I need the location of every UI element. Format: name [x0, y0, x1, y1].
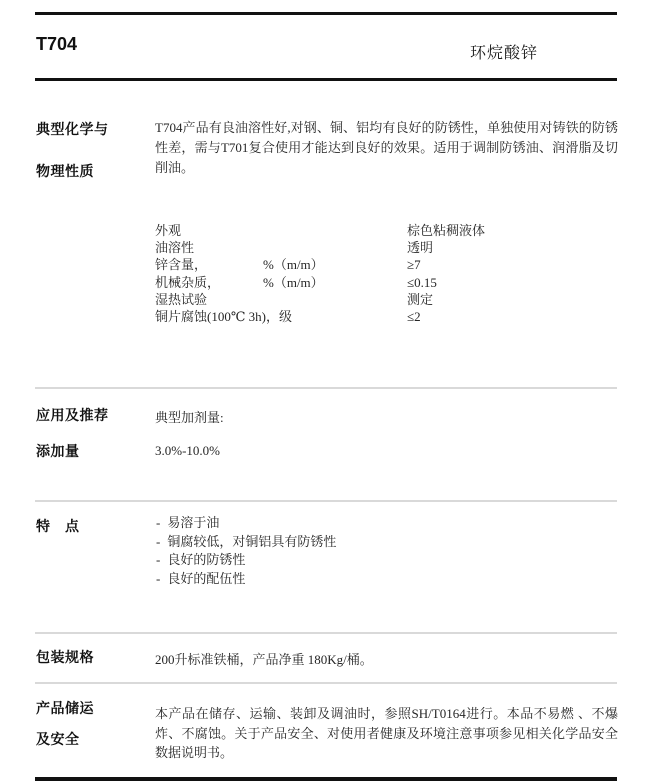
property-unit [263, 239, 407, 256]
dosage-range: 3.0%-10.0% [155, 443, 220, 459]
bottom-rule [35, 777, 617, 781]
storage-section-label-line2: 及安全 [36, 729, 80, 749]
property-unit: %（m/m） [263, 256, 407, 273]
table-row: 锌含量， %（m/m） ≥7 [155, 256, 618, 273]
property-unit [263, 291, 407, 308]
product-name: 环烷酸锌 [470, 40, 538, 63]
property-value: 透明 [407, 239, 618, 256]
packaging-section-label: 包装规格 [36, 647, 94, 667]
properties-section-label-line1: 典型化学与 [36, 119, 109, 139]
bullet-dash: - [156, 551, 160, 570]
feature-text: 良好的配伍性 [167, 571, 245, 586]
datasheet-page: T704 环烷酸锌 典型化学与 物理性质 T704产品有良油溶性好,对钢、铜、铝… [0, 0, 645, 784]
bullet-dash: - [156, 514, 160, 533]
properties-description: T704产品有良油溶性好,对钢、铜、铝均有良好的防锈性，单独使用对铸铁的防锈性差… [155, 118, 618, 178]
feature-text: 良好的防锈性 [167, 552, 245, 567]
section-divider [35, 500, 617, 502]
section-divider [35, 387, 617, 389]
feature-list: -易溶于油 -铜腐较低，对铜铝具有防锈性 -良好的防锈性 -良好的配伍性 [156, 514, 336, 588]
list-item: -良好的配伍性 [156, 570, 336, 589]
property-value: ≤2 [407, 308, 618, 325]
top-rule [35, 12, 617, 15]
property-name: 锌含量， [155, 256, 263, 273]
table-row: 湿热试验 测定 [155, 291, 618, 308]
packaging-text: 200升标准铁桶，产品净重 180Kg/桶。 [155, 649, 373, 668]
list-item: -易溶于油 [156, 514, 336, 533]
application-section-label-line2: 添加量 [36, 441, 80, 461]
bullet-dash: - [156, 570, 160, 589]
feature-text: 铜腐较低，对铜铝具有防锈性 [167, 534, 336, 549]
property-name: 油溶性 [155, 239, 263, 256]
property-unit: %（m/m） [263, 274, 407, 291]
table-row: 外观 棕色粘稠液体 [155, 222, 618, 239]
list-item: -铜腐较低，对铜铝具有防锈性 [156, 533, 336, 552]
table-row: 铜片腐蚀(100℃ 3h)，级 ≤2 [155, 308, 618, 325]
header-rule [35, 78, 617, 81]
list-item: -良好的防锈性 [156, 551, 336, 570]
property-name: 铜片腐蚀(100℃ 3h)，级 [155, 308, 263, 325]
property-name: 外观 [155, 222, 263, 239]
dosage-caption: 典型加剂量: [155, 407, 224, 426]
properties-table: 外观 棕色粘稠液体 油溶性 透明 锌含量， %（m/m） ≥7 机械杂质， %（… [155, 222, 618, 325]
table-row: 油溶性 透明 [155, 239, 618, 256]
property-name: 机械杂质， [155, 274, 263, 291]
feature-text: 易溶于油 [167, 515, 219, 530]
property-value: ≤0.15 [407, 274, 618, 291]
storage-section-label-line1: 产品储运 [36, 698, 94, 718]
property-name: 湿热试验 [155, 291, 263, 308]
features-section-label: 特 点 [36, 516, 80, 536]
property-value: ≥7 [407, 256, 618, 273]
storage-text: 本产品在储存、运输、装卸及调油时，参照SH/T0164进行。本品不易燃 、不爆炸… [155, 704, 618, 763]
property-value: 测定 [407, 291, 618, 308]
bullet-dash: - [156, 533, 160, 552]
properties-section-label-line2: 物理性质 [36, 161, 94, 181]
application-section-label-line1: 应用及推荐 [36, 405, 109, 425]
table-row: 机械杂质， %（m/m） ≤0.15 [155, 274, 618, 291]
property-unit [263, 222, 407, 239]
property-value: 棕色粘稠液体 [407, 222, 618, 239]
product-code: T704 [36, 34, 77, 55]
property-unit [263, 308, 407, 325]
section-divider [35, 682, 617, 684]
section-divider [35, 632, 617, 634]
